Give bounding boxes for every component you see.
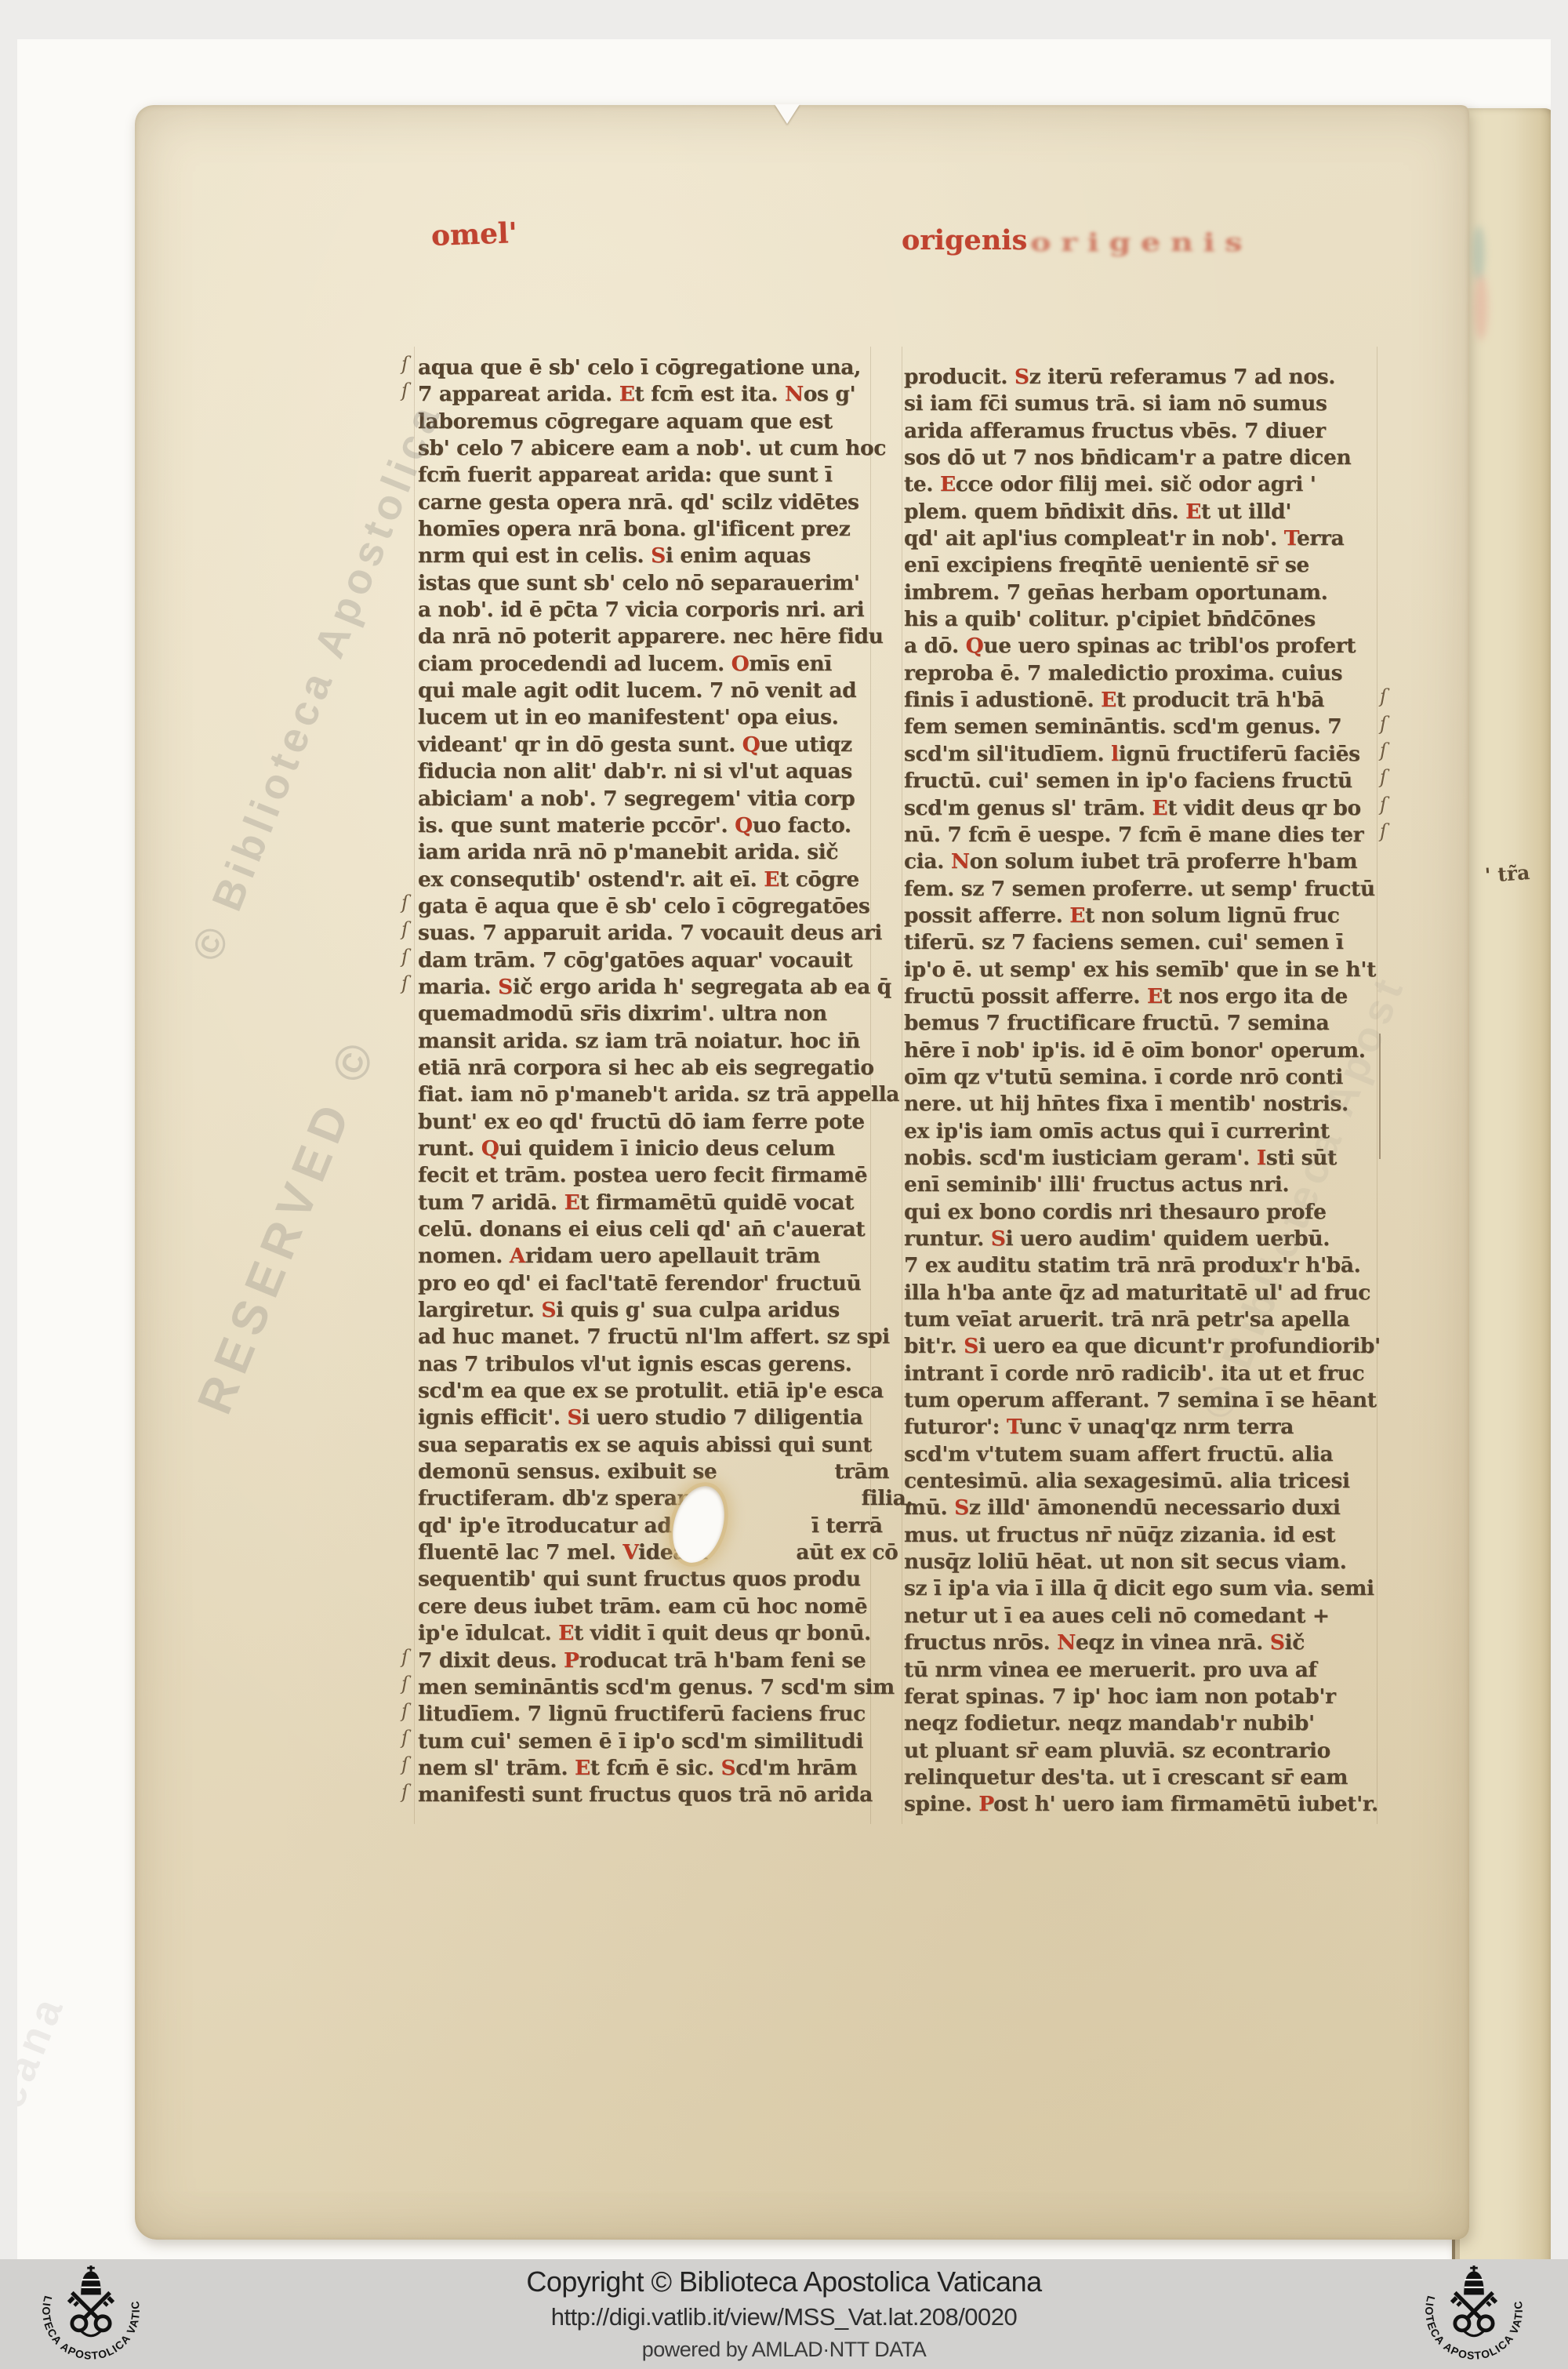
manuscript-line: netur ut ī ea aues celi nō comedant +: [904, 1603, 1374, 1630]
manuscript-line: ip'o ē. ut semp' ex his semīb' que in se…: [904, 957, 1374, 983]
rubricated-letter: E: [1185, 500, 1201, 524]
manuscript-line: nem sl' trām. Et fcm̄ ē sic. Scd'm hrām: [418, 1755, 869, 1782]
rubricated-letter: I: [1257, 1146, 1266, 1170]
quotation-margin-mark: ſ: [1380, 739, 1387, 761]
manuscript-line: men semināntis scd'm genus. 7 scd'm sim: [418, 1674, 869, 1701]
manuscript-line: tum veīat aruerit. trā nrā petr'sa apell…: [904, 1306, 1374, 1333]
manuscript-line: homīes opera nrā bona. gl'ificent prez: [418, 516, 869, 543]
rubricated-letter: E: [1152, 796, 1167, 820]
rubric-header-left: omel': [430, 216, 517, 253]
manuscript-line: ciam procedendi ad lucem. Omīs enī: [418, 651, 869, 678]
quotation-margin-mark: ſ: [401, 946, 408, 968]
manuscript-line: possit afferre. Et non solum lignū fruc: [904, 903, 1374, 929]
manuscript-line: carne gesta opera nrā. qd' scilz vidētes: [418, 489, 869, 516]
rubric-header-right: origenis: [902, 224, 1027, 256]
manuscript-line: si iam fc̄i sumus trā. si iam nō sumus: [904, 391, 1374, 417]
rubricated-letter: A: [510, 1244, 525, 1268]
manuscript-line: tum cui' semen ē ī ip'o scd'm similitudi: [418, 1728, 869, 1755]
manuscript-line: dam trām. 7 cōg'gatōes aquar' vocauit: [418, 947, 869, 974]
rubricated-letter: E: [619, 382, 635, 406]
pigment-smudge: [1474, 274, 1488, 340]
manuscript-line: spine. Post h' uero iam firmamētū iubet'…: [904, 1791, 1374, 1818]
quotation-margin-mark: ſ: [401, 972, 408, 994]
manuscript-line: enī excipiens freqn̄tē uenientē sr̄ se: [904, 552, 1374, 579]
manuscript-line: ad huc manet. 7 fructū nl'lm affert. sz …: [418, 1324, 869, 1350]
manuscript-line: ignis efficit'. Si uero studio 7 diligen…: [418, 1404, 869, 1431]
rubricated-letter: Q: [966, 634, 984, 658]
manuscript-line: tum operum afferant. 7 semina ī se hēant: [904, 1387, 1374, 1414]
manuscript-line: qd' ait apl'ius compleat'r in nob'. Terr…: [904, 525, 1374, 552]
quotation-margin-mark: ſ: [1380, 713, 1387, 735]
manuscript-line: abiciam' a nob'. 7 segregem' vitia corp: [418, 786, 869, 812]
rubricated-letter: E: [564, 1190, 580, 1215]
ruling-line: [1377, 347, 1377, 1824]
manuscript-line: relinquetur des'ta. ut ī crescant sr̄ ea…: [904, 1764, 1374, 1791]
manuscript-line: nere. ut hij hn̄tes fixa ī mentib' nostr…: [904, 1091, 1374, 1117]
rubricated-letter: S: [1014, 365, 1029, 389]
manuscript-line: is. que sunt materie pccōr'. Quo facto.: [418, 812, 869, 839]
rubricated-letter: E: [1069, 903, 1085, 928]
manuscript-line: maria. Sič ergo arida h' segregata ab ea…: [418, 974, 869, 1001]
parchment-hole-gap: [717, 1477, 834, 1478]
manuscript-line: ex consequtib' ostend'r. ait eī. Et cōgr…: [418, 867, 869, 893]
rubricated-letter: E: [1101, 688, 1116, 712]
parchment-hole-gap: [701, 1504, 862, 1505]
rubricated-letter: N: [951, 849, 970, 874]
manuscript-line: largiretur. Si quis g' sua culpa aridus: [418, 1297, 869, 1324]
manuscript-line: pro eo qd' ei facl'tatē ferendor' fructu…: [418, 1270, 869, 1297]
manuscript-line: nas 7 tribulos vl'ut ignis escas gerens.: [418, 1351, 869, 1378]
manuscript-line: 7 appareat arida. Et fcm̄ est ita. Nos g…: [418, 381, 869, 408]
quotation-margin-mark: ſ: [1380, 685, 1387, 707]
rubricated-letter: E: [575, 1756, 590, 1780]
rubricated-letter: T: [1007, 1415, 1020, 1439]
manuscript-line: suas. 7 apparuit arida. 7 vocauit deus a…: [418, 920, 869, 947]
manuscript-line: lucem ut in eo manifestent' opa eius.: [418, 704, 869, 731]
powered-by-text: powered by AMLAD·NTT DATA: [0, 2334, 1568, 2364]
manuscript-line: tum 7 aridā. Et firmamētū quidē vocat: [418, 1190, 869, 1216]
manuscript-line: litudīem. 7 lignū fructiferū faciens fru…: [418, 1701, 869, 1728]
quotation-margin-mark: ſ: [401, 353, 408, 375]
digitized-manuscript-page: { "page": { "rubric_header_left": "omel'…: [0, 0, 1568, 2369]
manuscript-line: tiferū. sz 7 faciens semen. cui' semen ī: [904, 929, 1374, 956]
manuscript-line: fecit et trām. postea uero fecit firmamē: [418, 1162, 869, 1189]
manuscript-line: fiducia non alit' dab'r. ni si vl'ut aqu…: [418, 758, 869, 785]
manuscript-line: da nrā nō poterit apparere. nec hēre fid…: [418, 623, 869, 650]
manuscript-line: 7 ex auditu statim trā nrā produx'r h'bā…: [904, 1252, 1374, 1279]
rubricated-letter: S: [991, 1226, 1006, 1251]
manuscript-line: quemadmodū sr̄is dixrim'. ultra non: [418, 1001, 869, 1027]
quotation-margin-mark: ſ: [401, 1700, 408, 1722]
rubricated-letter: S: [964, 1334, 978, 1358]
manuscript-line: neqz fodietur. neqz mandab'r nubib': [904, 1710, 1374, 1737]
quotation-margin-mark: ſ: [401, 1781, 408, 1803]
manuscript-line: cere deus iubet trām. eam cū hoc nomē: [418, 1593, 869, 1620]
manuscript-line: hēre ī nob' ip'is. id ē oīm bonor' operu…: [904, 1037, 1374, 1064]
footer-bar: Copyright © Biblioteca Apostolica Vatica…: [0, 2259, 1568, 2369]
vatican-keys-emblem: [66, 2265, 117, 2336]
quotation-margin-mark: ſ: [1380, 794, 1387, 816]
manuscript-line: celū. donans ei eius celi qd' an̄ c'auer…: [418, 1216, 869, 1243]
manuscript-line: a nob'. id ē pc̄ta 7 vicia corporis nri.…: [418, 597, 869, 623]
rubricated-letter: Q: [481, 1136, 499, 1161]
manuscript-line: fructū. cui' semen in ip'o faciens fruct…: [904, 768, 1374, 794]
rubricated-letter: S: [1270, 1630, 1285, 1655]
manuscript-line: nusq̄z loliū hēat. ut non sit secus viam…: [904, 1549, 1374, 1575]
manuscript-line: scd'm sil'itudīem. lignū fructiferū faci…: [904, 741, 1374, 768]
vatican-library-logo-right: BIBLIOTECA APOSTOLICA VATICANA: [1405, 2265, 1543, 2365]
rubricated-letter: O: [731, 652, 750, 676]
rubricated-letter: E: [558, 1621, 574, 1645]
rubricated-letter: Q: [735, 813, 753, 838]
rubricated-letter: E: [764, 867, 779, 892]
rubricated-letter: S: [567, 1405, 582, 1430]
manuscript-line: fructus nrōs. Neqz in vinea nrā. Sič: [904, 1630, 1374, 1656]
manuscript-line: laboremus cōgregare aquam que est: [418, 409, 869, 435]
rubricated-letter: P: [978, 1792, 993, 1816]
manuscript-line: tū nrm vinea ee meruerit. pro uva af: [904, 1657, 1374, 1684]
rubricated-letter: S: [651, 543, 666, 568]
manuscript-line: scd'm v'tutem suam affert fructū. alia: [904, 1441, 1374, 1468]
manuscript-line: enī seminib' illi' fructus actus nri.: [904, 1172, 1374, 1198]
rubricated-letter: S: [721, 1756, 736, 1780]
manuscript-line: aqua que ē sb' celo ī cōgregatione una,: [418, 354, 869, 381]
manuscript-line: fructū possit afferre. Et nos ergo ita d…: [904, 983, 1374, 1010]
quotation-margin-mark: ſ: [401, 892, 408, 914]
rubric-header-offset-ghost: origenis: [1030, 227, 1252, 257]
manuscript-line: nū. 7 fcm̄ ē uespe. 7 fcm̄ ē mane dies t…: [904, 822, 1374, 848]
quotation-margin-mark: ſ: [401, 918, 408, 940]
manuscript-line: reproba ē. 7 maledictio proxima. cuius: [904, 660, 1374, 687]
rubricated-letter: T: [1284, 526, 1297, 550]
manuscript-line: ut pluant sr̄ eam pluviā. sz econtrario: [904, 1738, 1374, 1764]
manuscript-line: nrm qui est in celis. Si enim aquas: [418, 543, 869, 569]
footer-text-block: Copyright © Biblioteca Apostolica Vatica…: [0, 2264, 1568, 2364]
manuscript-line: fluentē lac 7 mel. Videam'aūt ex cō: [418, 1539, 869, 1566]
rubricated-letter: E: [1147, 984, 1163, 1008]
manuscript-line: fructiferam. db'z sperarefilia.: [418, 1485, 869, 1512]
quotation-margin-mark: ſ: [401, 1727, 408, 1749]
quotation-margin-mark: ſ: [401, 1673, 408, 1695]
manuscript-line: qd' ip'e ītroducatur ad d'.ī terrā: [418, 1513, 869, 1539]
manuscript-line: finis ī adustionē. Et producit trā h'bā: [904, 687, 1374, 714]
manuscript-line: manifesti sunt fructus quos trā nō arida: [418, 1782, 869, 1808]
manuscript-line: centesimū. alia sexagesimū. alia tricesi: [904, 1468, 1374, 1495]
manuscript-line: qui male agit odit lucem. 7 nō venit ad: [418, 678, 869, 704]
manuscript-line: ferat spinas. 7 ip' hoc iam non potab'r: [904, 1684, 1374, 1710]
manuscript-line: mus. ut fructus nr̄ nūq̄z zizania. id es…: [904, 1522, 1374, 1549]
manuscript-line: fcm̄ fuerit appareat arida: que sunt ī: [418, 462, 869, 489]
manuscript-line: fiat. iam nō p'maneb't arida. sz trā app…: [418, 1081, 869, 1108]
manuscript-line: futuror': Tunc v̄ unaq'qz nrm terra: [904, 1414, 1374, 1441]
manuscript-line: 7 dixit deus. Producat trā h'bam feni se: [418, 1648, 869, 1674]
rubricated-letter: N: [1057, 1630, 1076, 1655]
manuscript-line: gata ē aqua que ē sb' celo ī cōgregatōes: [418, 893, 869, 920]
parchment-top-notch: [775, 104, 800, 124]
manuscript-line: runtur. Si uero audim' quidem uerbū.: [904, 1226, 1374, 1252]
rubricated-letter: V: [622, 1540, 638, 1564]
manuscript-line: bunt' ex eo qd' fructū dō iam ferre pote: [418, 1109, 869, 1135]
manuscript-line: fem. sz 7 semen proferre. ut semp' fruct…: [904, 876, 1374, 903]
vatican-library-logo-left: BIBLIOTECA APOSTOLICA VATICANA: [22, 2265, 160, 2365]
manuscript-line: nobis. scd'm iusticiam geram'. Isti sūt: [904, 1145, 1374, 1172]
quotation-margin-mark: ſ: [1380, 820, 1387, 842]
manuscript-line: sua separatis ex se aquis abissi qui sun…: [418, 1432, 869, 1459]
manuscript-line: scd'm ea que ex se protulit. etiā ip'e e…: [418, 1378, 869, 1404]
manuscript-line: a dō. Que uero spinas ac tribl'os profer…: [904, 633, 1374, 659]
manuscript-line: plem. quem bn̄dixit dn̄s. Et ut illd': [904, 499, 1374, 525]
rubricated-letter: S: [954, 1495, 969, 1520]
quotation-margin-mark: ſ: [401, 1753, 408, 1775]
manuscript-line: cia. Non solum iubet trā proferre h'bam: [904, 848, 1374, 875]
manuscript-line: mansit arida. sz iam trā noiatur. hoc in…: [418, 1028, 869, 1055]
manuscript-line: runt. Qui quidem ī inicio deus celum: [418, 1135, 869, 1162]
ruling-line: [414, 347, 415, 1824]
quotation-margin-mark: ſ: [401, 380, 408, 401]
quotation-margin-mark: ſ: [401, 1646, 408, 1668]
manuscript-line: imbrem. 7 gen̄as herbam oportunam.: [904, 580, 1374, 606]
rubricated-letter: l: [1111, 742, 1119, 766]
manuscript-line: te. Ecce odor filij mei. sič odor agri ': [904, 471, 1374, 498]
manuscript-line: illa h'ba ante q̄z ad maturitatē ul' ad …: [904, 1280, 1374, 1306]
manuscript-line: sb' celo 7 abicere eam a nob'. ut cum ho…: [418, 435, 869, 462]
manuscript-line: mū. Sz illd' āmonendū necessario duxi: [904, 1495, 1374, 1521]
vatican-keys-emblem: [1449, 2265, 1500, 2336]
manuscript-line: nomen. Aridam uero apellauit trām: [418, 1243, 869, 1270]
manuscript-line: bemus 7 fructificare fructū. 7 semina: [904, 1010, 1374, 1037]
ruling-line: [902, 347, 902, 1824]
rubricated-letter: P: [564, 1648, 579, 1673]
manuscript-left-column: aqua que ē sb' celo ī cōgregatione una,7…: [418, 354, 869, 1809]
manuscript-line: intrant ī corde nrō radicib'. ita ut et …: [904, 1361, 1374, 1387]
margin-bracket-line: [1379, 1034, 1381, 1159]
library-watermark-faint: Vaticana: [17, 1987, 74, 2205]
manuscript-line: etiā nrā corpora si hec ab eis segregati…: [418, 1055, 869, 1081]
manuscript-line: his a quib' colitur. p'cipiet bn̄dc̄ōnes: [904, 606, 1374, 633]
quotation-margin-mark: ſ: [1380, 766, 1387, 788]
rubricated-letter: N: [785, 382, 804, 406]
manuscript-line: demonū sensus. exibuit setrām: [418, 1459, 869, 1485]
photo-backdrop: omel' origenis origenis aqua que ē sb' c…: [17, 39, 1551, 2259]
manuscript-line: qui ex bono cordis nri thesauro profe: [904, 1199, 1374, 1226]
rubricated-letter: S: [541, 1298, 556, 1322]
parchment-hole-gap: [713, 1558, 796, 1559]
manuscript-line: ip'e īdulcat. Et vidit ī quit deus qr bo…: [418, 1620, 869, 1647]
copyright-text: Copyright © Biblioteca Apostolica Vatica…: [0, 2264, 1568, 2300]
manuscript-line: iam arida nrā nō p'manebit arida. sič: [418, 839, 869, 866]
manuscript-line: ex ip'is iam omīs actus qui ī currerint: [904, 1118, 1374, 1145]
rubricated-letter: Q: [742, 732, 760, 757]
manuscript-line: sz ī ip'a via ī illa q̄ dicit ego sum vi…: [904, 1575, 1374, 1602]
manuscript-line: videant' qr in dō gesta sunt. Que utiqz: [418, 732, 869, 758]
manuscript-line: bit'r. Si uero ea que dicunt'r profundio…: [904, 1333, 1374, 1360]
manuscript-line: sequentib' qui sunt fructus quos produ: [418, 1566, 869, 1593]
manuscript-line: oīm qz v'tutū semina. ī corde nrō conti: [904, 1064, 1374, 1091]
manuscript-right-column: producit. Sz iterū referamus 7 ad nos.si…: [904, 364, 1374, 1819]
rubricated-letter: E: [940, 472, 956, 496]
manuscript-line: fem semen semināntis. scd'm genus. 7: [904, 714, 1374, 740]
marginal-note: ' tr̃a: [1484, 861, 1530, 887]
pigment-smudge: [1472, 226, 1485, 281]
rubricated-letter: S: [498, 975, 513, 999]
source-url: http://digi.vatlib.it/view/MSS_Vat.lat.2…: [0, 2300, 1568, 2334]
manuscript-line: arida afferamus fructus vbēs. 7 diuer: [904, 418, 1374, 445]
manuscript-line: sos dō ut 7 nos bn̄dicam'r a patre dicen: [904, 445, 1374, 471]
manuscript-line: scd'm genus sl' trām. Et vidit deus qr b…: [904, 795, 1374, 822]
manuscript-line: istas que sunt sb' celo nō separauerim': [418, 570, 869, 597]
manuscript-line: producit. Sz iterū referamus 7 ad nos.: [904, 364, 1374, 391]
